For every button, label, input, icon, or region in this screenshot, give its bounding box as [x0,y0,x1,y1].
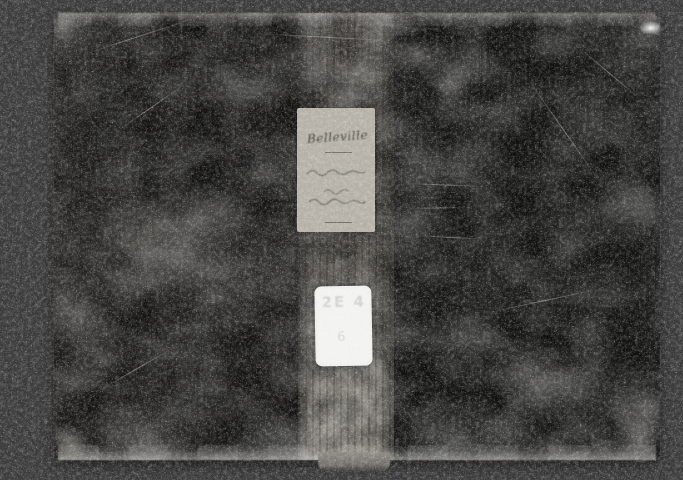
book-cover: Belleville 2E 4 6 [54,13,660,460]
corner-wear-bottom-left [52,400,114,462]
archive-sticker: 2E 4 6 [314,286,372,367]
top-edge-wear [58,13,656,26]
corner-wear-bottom-right [590,390,662,462]
sticker-code: 2E 4 [321,293,366,312]
label-rule [325,222,352,223]
faded-script-line [307,170,365,175]
spine-label: Belleville [297,108,375,232]
left-board [54,13,304,460]
faded-handwriting-lines [297,108,375,232]
spine-head-damage [324,13,474,113]
photograph-register-cover: Belleville 2E 4 6 [0,0,683,480]
faded-script-line [324,190,348,194]
sticker-code-secondary: 6 [337,330,346,345]
highlight-spot [639,21,663,35]
corner-wear-top-left [52,11,94,63]
faded-script-line [309,199,365,204]
spine-tail [318,452,390,472]
